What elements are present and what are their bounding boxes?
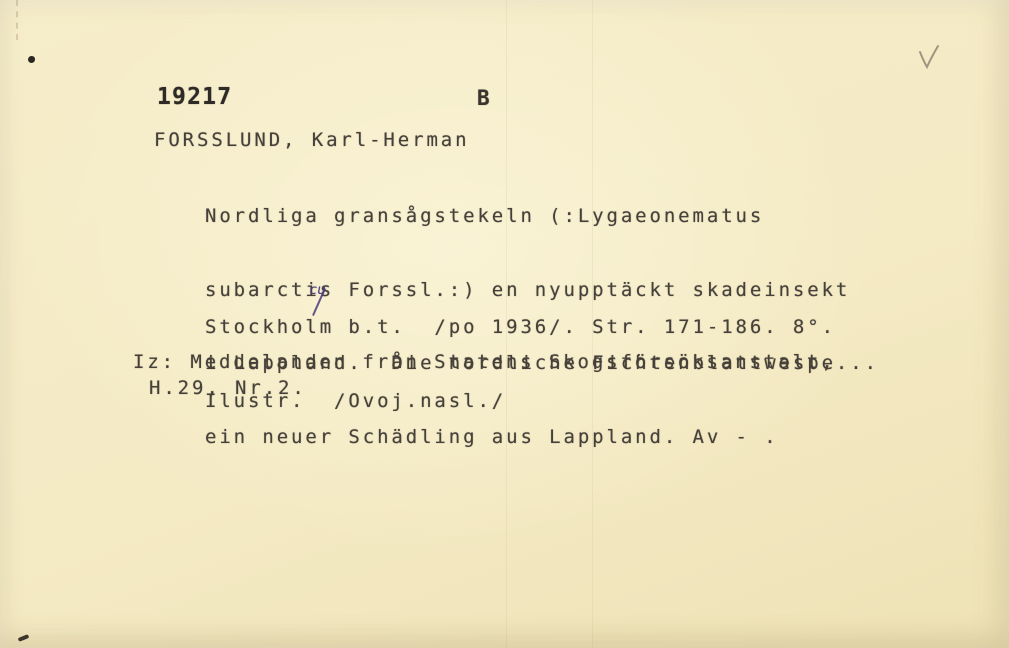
catalog-number-stamp: 19217	[157, 84, 232, 110]
ink-dot-speck	[28, 56, 35, 63]
author-heading: FORSSLUND, Karl-Herman	[154, 129, 469, 151]
source-note-line-2: H.29, Nr.2.	[149, 377, 307, 399]
pencil-checkmark-icon	[915, 42, 945, 78]
section-letter: B	[477, 86, 490, 110]
imprint-line-1: Stockholm b.t. /po 1936/. Str. 171-186. …	[205, 315, 836, 340]
edge-scuff-mark	[16, 0, 18, 40]
bottom-ink-speck	[18, 634, 30, 642]
source-note-line-1: Iz: Meddelanden från Statens Skogsförsök…	[133, 351, 836, 373]
title-line-1: Nordliga gransågstekeln (:Lygaeonematus	[205, 204, 879, 229]
catalog-card-scan: 19217 B FORSSLUND, Karl-Herman Nordliga …	[0, 0, 1009, 648]
